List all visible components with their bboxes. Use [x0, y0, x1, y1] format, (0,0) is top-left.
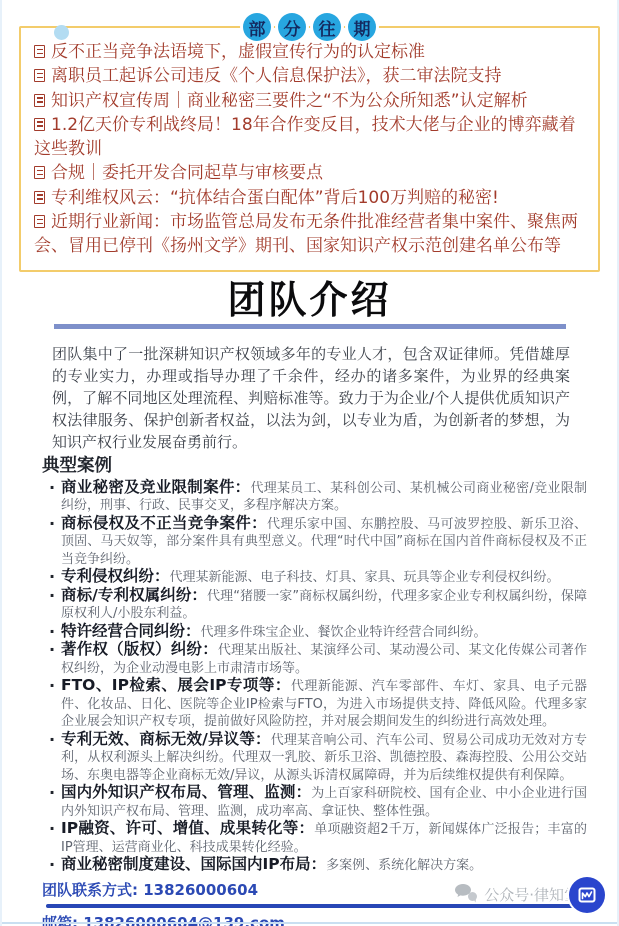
contact-section: 团队联系方式: 13826000604 邮箱: 13826000604@139.… [2, 881, 617, 926]
email-label: 邮箱: [42, 914, 78, 926]
case-title: 专利无效、商标无效/异议等： [61, 730, 271, 748]
watermark-text: 公众号·律知堂 [484, 884, 579, 905]
team-intro-paragraph: 团队集中了一批深耕知识产权领域多年的专业人才，包含双证律师。凭借雄厚的专业实力，… [52, 343, 570, 453]
past-issue-text: 合规｜委托开发合同起草与审核要点 [51, 163, 323, 183]
past-issue-link[interactable]: 1.2亿天价专利战终局！18年合作变反目，技术大佬与企业的博弈藏着这些教训 [34, 113, 584, 162]
cases-heading: 典型案例 [42, 455, 617, 477]
past-issue-text: 专利维权风云：“抗体结合蛋白配体”背后100万判赔的秘密! [51, 188, 499, 208]
case-item: IP融资、许可、增值、成果转化等：单项融资超2千万，新闻媒体广泛报告；丰富的IP… [48, 820, 587, 856]
case-title: 商业秘密及竞业限制案件： [61, 478, 250, 496]
title-badge-char: 期 [348, 13, 376, 41]
case-title: 专利侵权纠纷： [61, 567, 170, 585]
phone-label: 团队联系方式: [42, 881, 138, 899]
case-title: 国内外知识产权布局、管理、监测： [61, 783, 311, 801]
article-page: 部 分 往 期 反不正当竞争法语境下，虚假宣传行为的认定标准 离职员工起诉公司违… [0, 0, 619, 926]
page-bottom-border [2, 922, 617, 924]
past-issue-link[interactable]: 近期行业新闻：市场监管总局发布无条件批准经营者集中案件、聚焦两会、冒用已停刊《扬… [34, 210, 584, 259]
past-issue-text: 离职员工起诉公司违反《个人信息保护法》，获二审法院支持 [51, 66, 502, 86]
past-issues-title: 部 分 往 期 [21, 13, 598, 41]
document-icon [34, 69, 45, 82]
email-value: 13826000604@139.com [83, 914, 285, 926]
cases-list: 商业秘密及竞业限制案件：代理某员工、某科创公司、某机械公司商业秘密/竞业限制纠纷… [48, 479, 587, 875]
case-item: 著作权（版权）纠纷：代理某出版社、某演绎公司、某动漫公司、某文化传媒公司著作权纠… [48, 641, 587, 677]
title-badge-char: 往 [313, 13, 341, 41]
case-title: 商标/专利权属纠纷： [61, 586, 207, 604]
past-issue-text: 知识产权宣传周｜商业秘密三要件之“不为公众所知悉”认定解析 [51, 91, 528, 111]
section-title: 团队介绍 [2, 278, 617, 322]
chat-bubbles-icon [454, 883, 478, 907]
case-item: 国内外知识产权布局、管理、监测：为上百家科研院校、国有企业、中小企业进行国内外知… [48, 784, 587, 820]
account-watermark: 公众号·律知堂 [454, 877, 605, 913]
document-icon [34, 166, 45, 179]
past-issue-link[interactable]: 合规｜委托开发合同起草与审核要点 [34, 161, 584, 185]
past-issues-box: 部 分 往 期 反不正当竞争法语境下，虚假宣传行为的认定标准 离职员工起诉公司违… [19, 26, 600, 272]
document-icon [34, 45, 45, 58]
title-underline [54, 324, 566, 329]
account-logo-icon [569, 877, 605, 913]
case-item: 特许经营合同纠纷：代理多件珠宝企业、餐饮企业特许经营合同纠纷。 [48, 623, 587, 642]
case-item: 专利无效、商标无效/异议等：代理某音响公司、汽车公司、贸易公司成功无效对方专利，… [48, 731, 587, 785]
past-issue-link[interactable]: 专利维权风云：“抗体结合蛋白配体”背后100万判赔的秘密! [34, 186, 584, 210]
case-item: 专利侵权纠纷：代理某新能源、电子科技、灯具、家具、玩具等企业专利侵权纠纷。 [48, 568, 587, 587]
past-issue-text: 近期行业新闻：市场监管总局发布无条件批准经营者集中案件、聚焦两会、冒用已停刊《扬… [34, 212, 578, 256]
document-icon [34, 191, 45, 204]
case-title: 著作权（版权）纠纷： [61, 640, 218, 658]
case-item: 商标侵权及不正当竞争案件：代理乐家中国、东鹏控股、马可波罗控股、新乐卫浴、顶固、… [48, 515, 587, 569]
email-line: 邮箱: 13826000604@139.com [42, 914, 617, 926]
past-issue-link[interactable]: 反不正当竞争法语境下，虚假宣传行为的认定标准 [34, 40, 584, 64]
case-title: IP融资、许可、增值、成果转化等： [61, 819, 314, 837]
case-title: 特许经营合同纠纷： [61, 622, 201, 640]
past-issues-list: 反不正当竞争法语境下，虚假宣传行为的认定标准 离职员工起诉公司违反《个人信息保护… [34, 40, 584, 259]
case-title: FTO、IP检索、展会IP专项等： [61, 676, 291, 694]
case-description: 多案例、系统化解决方案。 [326, 858, 482, 873]
case-item: 商业秘密及竞业限制案件：代理某员工、某科创公司、某机械公司商业秘密/竞业限制纠纷… [48, 479, 587, 515]
title-badge-char: 分 [278, 13, 306, 41]
past-issue-link[interactable]: 离职员工起诉公司违反《个人信息保护法》，获二审法院支持 [34, 64, 584, 88]
case-item: FTO、IP检索、展会IP专项等：代理新能源、汽车零部件、车灯、家具、电子元器件… [48, 677, 587, 731]
case-description: 代理多件珠宝企业、餐饮企业特许经营合同纠纷。 [201, 625, 487, 640]
past-issue-text: 1.2亿天价专利战终局！18年合作变反目，技术大佬与企业的博弈藏着这些教训 [34, 115, 576, 159]
case-title: 商业秘密制度建设、国际国内IP布局： [61, 855, 326, 873]
case-item: 商标/专利权属纠纷：代理“猪腰一家”商标权属纠纷，代理多家企业专利权属纠纷，保障… [48, 587, 587, 623]
case-title: 商标侵权及不正当竞争案件： [61, 514, 267, 532]
document-icon [34, 215, 45, 228]
document-icon [34, 94, 45, 107]
case-item: 商业秘密制度建设、国际国内IP布局：多案例、系统化解决方案。 [48, 856, 587, 875]
title-badge-char: 部 [243, 13, 271, 41]
past-issue-link[interactable]: 知识产权宣传周｜商业秘密三要件之“不为公众所知悉”认定解析 [34, 89, 584, 113]
case-description: 代理某新能源、电子科技、灯具、家具、玩具等企业专利侵权纠纷。 [170, 570, 560, 585]
document-icon [34, 118, 45, 131]
past-issue-text: 反不正当竞争法语境下，虚假宣传行为的认定标准 [51, 42, 425, 62]
phone-value: 13826000604 [143, 881, 258, 899]
